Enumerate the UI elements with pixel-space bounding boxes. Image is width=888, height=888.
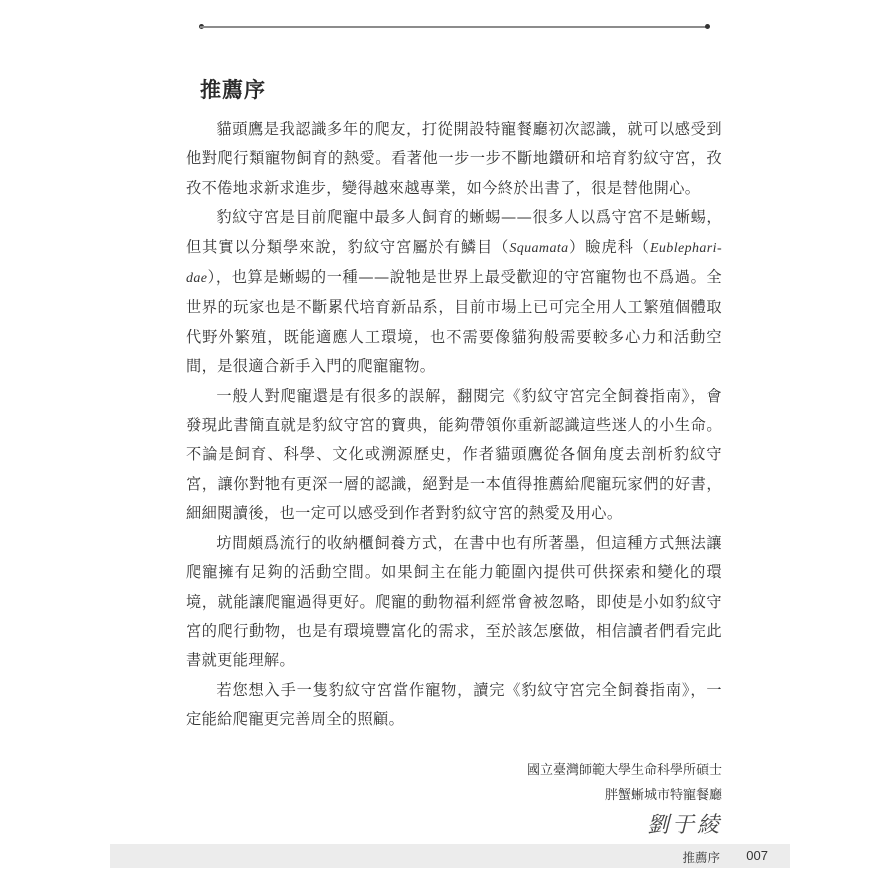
paragraph-1: 貓頭鷹是我認識多年的爬友，打從開設特寵餐廳初次認識，就可以感受到他對爬行類寵物飼… — [186, 115, 722, 203]
top-rule — [200, 26, 708, 28]
top-rule-right-dot — [705, 24, 710, 29]
paragraph-2-text-b: ）瞼虎科（ — [569, 238, 650, 256]
page-footer: 推薦序 007 — [110, 844, 790, 868]
paragraph-2: 豹紋守宮是目前爬寵中最多人飼育的蜥蜴——很多人以爲守宮不是蜥蜴，但其實以分類學來… — [186, 203, 722, 381]
paragraph-3: 一般人對爬寵還是有很多的誤解，翻閱完《豹紋守宮完全飼養指南》，會發現此書簡直就是… — [186, 382, 722, 529]
signature-block: 國立臺灣師範大學生命科學所碩士 胖蟹蜥城市特寵餐廳 劉于綾 — [527, 758, 722, 844]
paragraph-4: 坊間頗爲流行的收納櫃飼養方式，在書中也有所著墨，但這種方式無法讓爬寵擁有足夠的活… — [186, 529, 722, 676]
paragraph-2-text-c: ），也算是蜥蜴的一種——說牠是世界上最受歡迎的守宮寵物也不爲過。全世界的玩家也是… — [186, 268, 722, 375]
signature-affiliation-2: 胖蟹蜥城市特寵餐廳 — [527, 783, 722, 808]
signature-affiliation-1: 國立臺灣師範大學生命科學所碩士 — [527, 758, 722, 783]
signature-name: 劉于綾 — [527, 808, 722, 844]
paragraph-5: 若您想入手一隻豹紋守宮當作寵物，讀完《豹紋守宮完全飼養指南》，一定能給爬寵更完善… — [186, 676, 722, 735]
latin-term-squamata: Squamata — [509, 241, 568, 256]
page-number: 007 — [746, 848, 768, 863]
page-title: 推薦序 — [200, 74, 266, 104]
footer-section-label: 推薦序 — [682, 848, 720, 866]
body-text: 貓頭鷹是我認識多年的爬友，打從開設特寵餐廳初次認識，就可以感受到他對爬行類寵物飼… — [186, 115, 722, 735]
